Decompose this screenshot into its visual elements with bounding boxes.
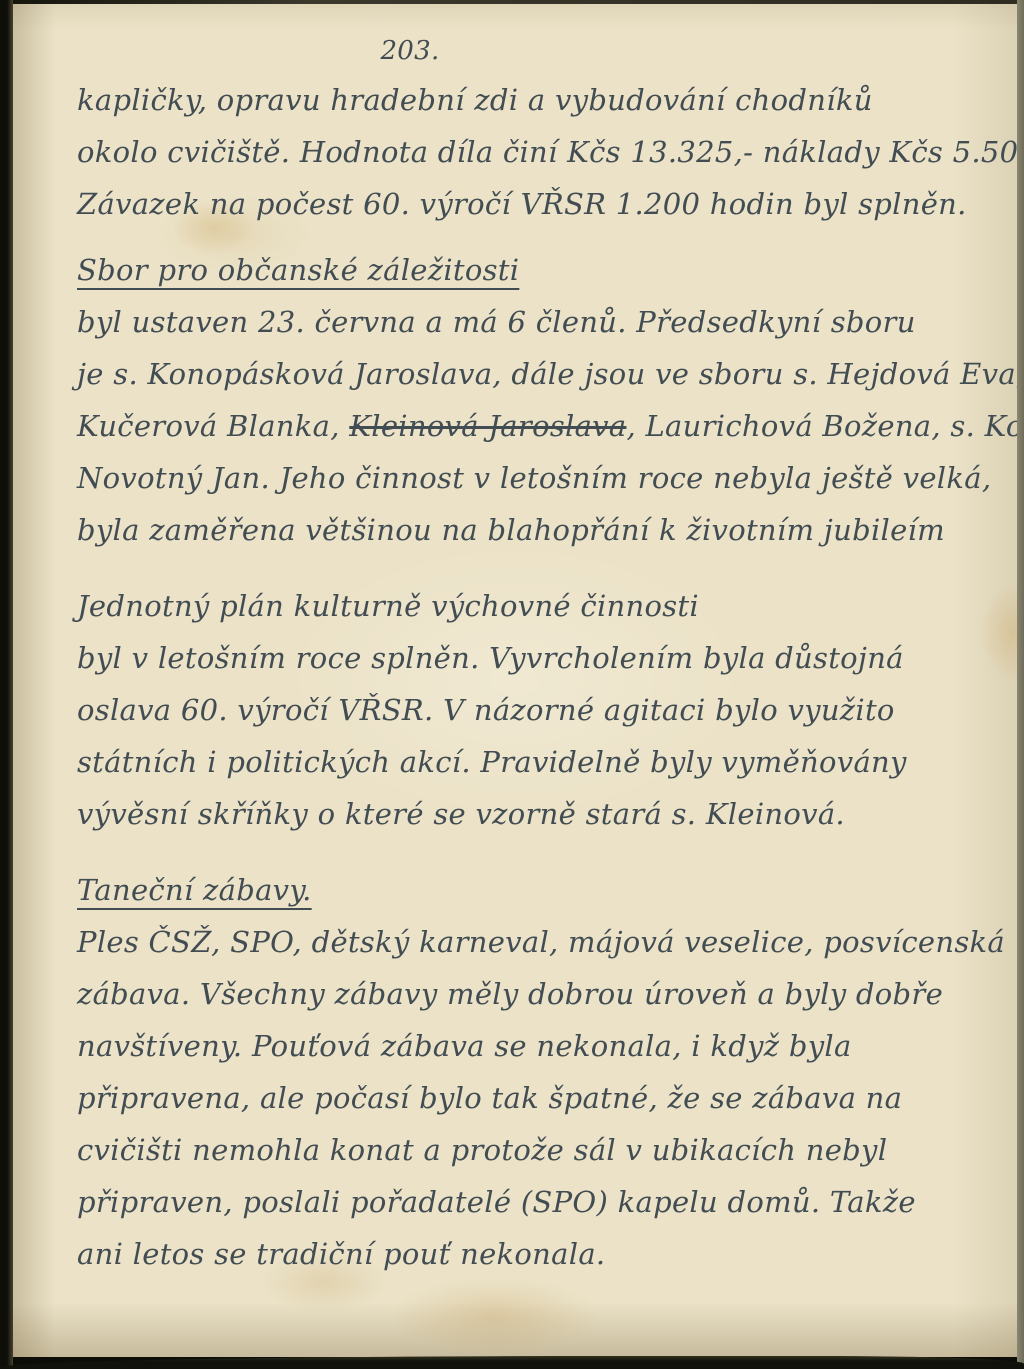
- section-heading: Taneční zábavy.: [77, 864, 993, 916]
- section-heading-text: Sbor pro občanské záležitosti: [77, 253, 519, 287]
- text-line: zábava. Všechny zábavy měly dobrou úrove…: [77, 968, 993, 1020]
- section-heading: Sbor pro občanské záležitosti: [77, 244, 993, 296]
- text-line: je s. Konopásková Jaroslava, dále jsou v…: [77, 348, 993, 400]
- page-number: 203.: [77, 28, 993, 74]
- section-gap: [77, 556, 993, 580]
- text-line: byl ustaven 23. června a má 6 členů. Pře…: [77, 296, 993, 348]
- section-work-commitment: kapličky, opravu hradební zdi a vybudová…: [77, 74, 993, 230]
- text-line: ani letos se tradiční pouť nekonala.: [77, 1228, 993, 1280]
- book-edge-right: [1017, 0, 1024, 1369]
- text-line: Ples ČSŽ, SPO, dětský karneval, májová v…: [77, 916, 993, 968]
- text-line: cvičišti nemohla konat a protože sál v u…: [77, 1124, 993, 1176]
- text-line: okolo cvičiště. Hodnota díla činí Kčs 13…: [77, 126, 993, 178]
- section-gap: [77, 840, 993, 864]
- book-edge-bottom: [0, 1356, 1024, 1369]
- text-line: Závazek na počest 60. výročí VŘSR 1.200 …: [77, 178, 993, 230]
- text-line: Novotný Jan. Jeho činnost v letošním roc…: [77, 452, 993, 504]
- section-heading-text: Taneční zábavy.: [77, 873, 312, 907]
- text-line: byla zaměřena většinou na blahopřání k ž…: [77, 504, 993, 556]
- book-edge-top: [0, 0, 1024, 4]
- book-binding-edge: [0, 0, 13, 1369]
- text-before-strike: Kučerová Blanka,: [77, 409, 349, 443]
- struck-name: Kleinová Jaroslava: [349, 409, 626, 443]
- section-heading: Jednotný plán kulturně výchovné činnosti: [77, 580, 993, 632]
- section-civic-affairs-board: Sbor pro občanské záležitosti byl ustave…: [77, 244, 993, 556]
- section-dance-events: Taneční zábavy. Ples ČSŽ, SPO, dětský ka…: [77, 864, 993, 1280]
- text-line: navštíveny. Pouťová zábava se nekonala, …: [77, 1020, 993, 1072]
- text-line: oslava 60. výročí VŘSR. V názorné agitac…: [77, 684, 993, 736]
- text-line: kapličky, opravu hradební zdi a vybudová…: [77, 74, 993, 126]
- section-heading-text: Jednotný plán kulturně výchovné činnosti: [77, 589, 699, 623]
- text-line: připraven, poslali pořadatelé (SPO) kape…: [77, 1176, 993, 1228]
- text-line: připravena, ale počasí bylo tak špatné, …: [77, 1072, 993, 1124]
- section-gap: [77, 230, 993, 244]
- chronicle-photo: 203. kapličky, opravu hradební zdi a vyb…: [0, 0, 1024, 1369]
- text-line: vývěsní skříňky o které se vzorně stará …: [77, 788, 993, 840]
- chronicle-page: 203. kapličky, opravu hradební zdi a vyb…: [13, 4, 1017, 1357]
- text-line: byl v letošním roce splněn. Vyvrcholením…: [77, 632, 993, 684]
- text-line: státních i politických akcí. Pravidelně …: [77, 736, 993, 788]
- page-content: 203. kapličky, opravu hradební zdi a vyb…: [13, 4, 1017, 1357]
- section-cultural-education-plan: Jednotný plán kulturně výchovné činnosti…: [77, 580, 993, 840]
- text-after-strike: , Laurichová Božena, s. Kostner J.: [626, 409, 1024, 443]
- text-line-with-strikethrough: Kučerová Blanka, Kleinová Jaroslava, Lau…: [77, 400, 993, 452]
